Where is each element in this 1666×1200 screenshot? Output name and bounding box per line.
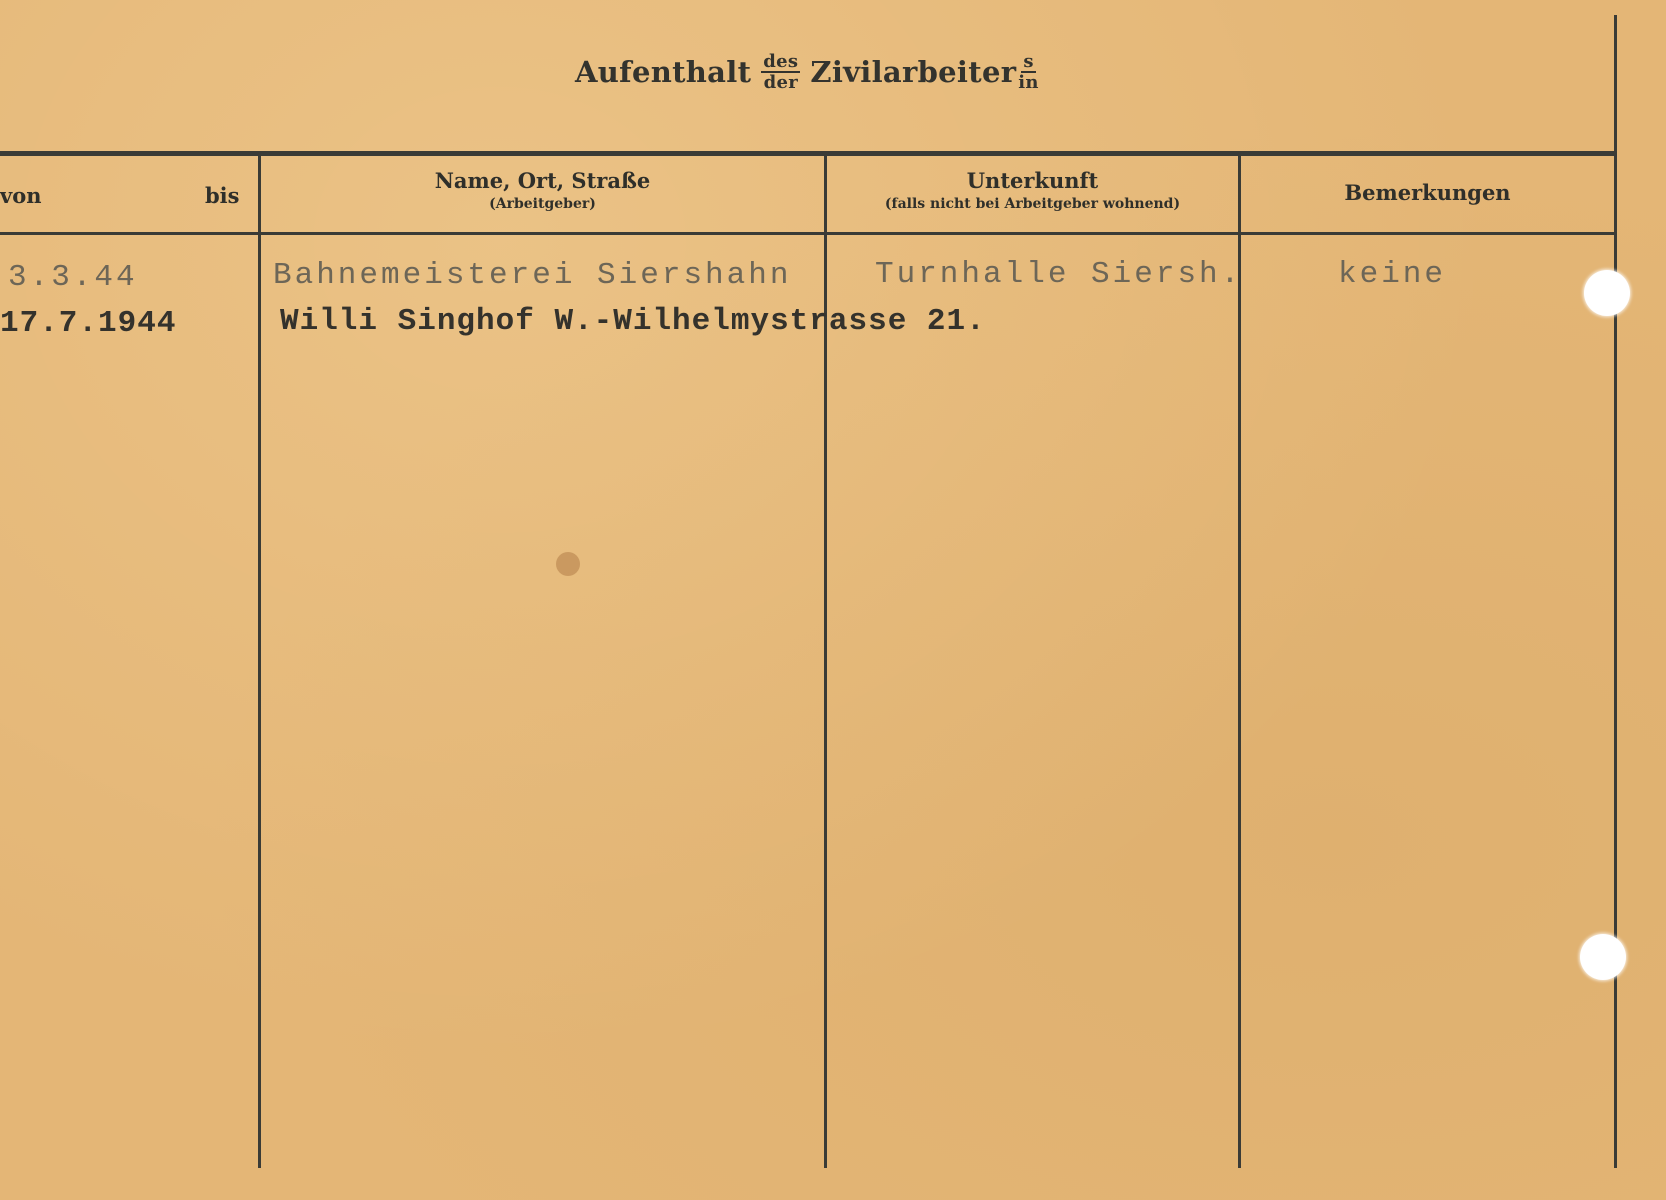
header-von-label: von [0,183,41,208]
row1-unterkunft: Turnhalle Siersh. [875,257,1242,292]
header-name-label: Name, Ort, Straße [435,168,651,193]
header-von: von [0,183,41,208]
table-top-rule [0,151,1617,156]
row1-name: Bahnemeisterei Siershahn [273,258,791,293]
header-bis: bis [205,183,239,208]
row1-bemerkungen: keine [1338,257,1446,292]
row2-date: 17.7.1944 [0,306,176,341]
punch-hole-top [1584,270,1630,316]
header-unterkunft: Unterkunft (falls nicht bei Arbeitgeber … [827,168,1238,212]
suffix-bottom: in [1018,73,1039,92]
header-bottom-rule [0,232,1617,235]
header-unterkunft-sublabel: (falls nicht bei Arbeitgeber wohnend) [885,196,1180,212]
right-border [1614,15,1617,1168]
article-bottom: der [764,73,798,92]
suffix-top: s [1021,52,1035,73]
title-suffix-fraction: s in [1018,52,1039,92]
header-bemerkungen: Bemerkungen [1241,180,1614,205]
title-prefix: Aufenthalt [575,55,751,89]
title-article-fraction: des der [761,52,800,92]
article-top: des [761,52,800,73]
paper-stain [556,552,580,576]
header-bis-label: bis [205,183,239,208]
title-word: Zivilarbeiter [810,55,1016,89]
header-unterkunft-label: Unterkunft [967,168,1099,193]
header-bemerkungen-label: Bemerkungen [1344,180,1510,205]
row2-name: Willi Singhof W.-Wilhelmystrasse 21. [280,304,986,339]
document-title: Aufenthalt des der Zivilarbeiter s in [575,44,1039,100]
row1-date: 3.3.44 [8,260,138,295]
punch-hole-bottom [1580,934,1626,980]
column-divider-3 [1238,155,1241,1168]
header-name-sublabel: (Arbeitgeber) [489,196,596,212]
header-name: Name, Ort, Straße (Arbeitgeber) [261,168,824,212]
column-divider-1 [258,155,261,1168]
